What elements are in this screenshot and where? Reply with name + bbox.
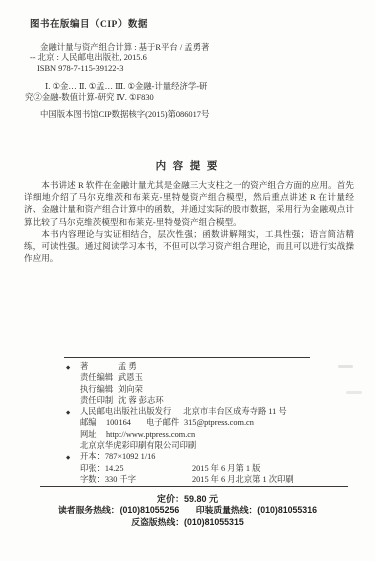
hotline-row-2: 反盗版热线：(010)81055315 bbox=[0, 515, 375, 528]
diamond-bullet-icon: ◆ bbox=[66, 363, 80, 374]
word-count-value: 字数：330 千字 bbox=[80, 474, 192, 485]
colophon-row-words-impression: 字数：330 千字 2015 年 6 月北京第 1 次印刷 bbox=[66, 474, 294, 485]
website-value: http://www.ptpress.com.cn bbox=[106, 429, 195, 440]
cip-title-line: 金融计量与资产组合计算 : 基于R平台 / 孟勇著 bbox=[25, 43, 209, 53]
colophon-row-exec-editor: 执行编辑 刘向荣 bbox=[66, 384, 294, 395]
summary-heading: 内 容 提 要 bbox=[0, 158, 375, 173]
reader-service-hotline: 读者服务热线：(010)81055256 bbox=[58, 505, 179, 515]
colophon-row-print-supervisor: 责任印制 沈 蓉 彭志环 bbox=[66, 395, 294, 406]
printer-name: 北京京华虎彩印刷有限公司印刷 bbox=[80, 440, 196, 451]
author-name: 孟 勇 bbox=[118, 361, 137, 372]
cip-isbn-line: ISBN 978-7-115-39122-3 bbox=[25, 64, 209, 74]
publisher-address: 北京市丰台区成寿寺路 11 号 bbox=[183, 406, 286, 417]
print-supervisor-names: 沈 蓉 彭志环 bbox=[118, 395, 164, 406]
cip-publisher-line: -- 北京 : 人民邮电出版社, 2015.6 bbox=[25, 53, 209, 63]
print-quality-hotline: 印装质量热线：(010)81055316 bbox=[196, 505, 317, 515]
diamond-bullet-icon: ◆ bbox=[66, 408, 80, 419]
cip-classification-line-1: Ⅰ. ①金… Ⅱ. ①孟… Ⅲ. ①金融-计量经济学-研 bbox=[25, 82, 209, 92]
scan-smudge bbox=[346, 391, 362, 394]
editor-name: 武恩玉 bbox=[118, 372, 143, 383]
summary-paragraph-2: 本书内容理论与实证相结合，层次性强；函数讲解翔实，工具性强；语言简洁精练，可读性… bbox=[24, 228, 354, 265]
editor-label: 责任编辑 bbox=[80, 372, 118, 383]
colophon: ◆ 著 孟 勇 责任编辑 武恩玉 执行编辑 刘向荣 责任印制 沈 蓉 彭志环 ◆… bbox=[66, 361, 294, 485]
summary-paragraph-1: 本书讲述 R 软件在金融计量尤其是金融三大支柱之一的资产组合方面的应用。首先详细… bbox=[24, 179, 354, 228]
colophon-row-postcode-email: 邮编 100164 电子邮件 315@ptpress.com.cn bbox=[66, 417, 294, 428]
colophon-row-editor: 责任编辑 武恩玉 bbox=[66, 372, 294, 383]
colophon-row-website: 网址 http://www.ptpress.com.cn bbox=[66, 429, 294, 440]
author-label: 著 bbox=[80, 361, 118, 372]
colophon-row-printer: 北京京华虎彩印刷有限公司印刷 bbox=[66, 440, 294, 451]
book-copyright-page: 图书在版编目（CIP）数据 金融计量与资产组合计算 : 基于R平台 / 孟勇著 … bbox=[0, 0, 375, 561]
cip-record: 金融计量与资产组合计算 : 基于R平台 / 孟勇著 -- 北京 : 人民邮电出版… bbox=[25, 43, 209, 103]
colophon-top-divider bbox=[64, 357, 310, 358]
diamond-bullet-icon: ◆ bbox=[66, 453, 80, 464]
scan-smudge bbox=[338, 365, 353, 368]
sheets-value: 印张：14.25 bbox=[80, 463, 192, 474]
colophon-row-sheets-edition: 印张：14.25 2015 年 6 月第 1 版 bbox=[66, 463, 294, 474]
summary-section: 本书讲述 R 软件在金融计量尤其是金融三大支柱之一的资产组合方面的应用。首先详细… bbox=[24, 179, 354, 264]
cip-header: 图书在版编目（CIP）数据 bbox=[30, 16, 148, 30]
impression-value: 2015 年 6 月北京第 1 次印刷 bbox=[192, 474, 294, 485]
exec-editor-name: 刘向荣 bbox=[118, 384, 143, 395]
footer-divider bbox=[40, 486, 348, 487]
cip-classification-line-2: 究②金融-数值计算-研究 Ⅳ. ①F830 bbox=[25, 93, 209, 103]
publisher-name: 人民邮电出版社出版发行 bbox=[80, 406, 171, 417]
cip-record-number: 中国版本图书馆CIP数据核字(2015)第086017号 bbox=[40, 108, 209, 120]
colophon-row-publisher: ◆ 人民邮电出版社出版发行 北京市丰台区成寿寺路 11 号 bbox=[66, 406, 294, 417]
edition-value: 2015 年 6 月第 1 版 bbox=[192, 463, 260, 474]
format-value: 开本：787×1092 1/16 bbox=[80, 451, 155, 462]
website-label: 网址 bbox=[80, 429, 106, 440]
colophon-row-format: ◆ 开本：787×1092 1/16 bbox=[66, 451, 294, 462]
postcode-label: 邮编 bbox=[80, 417, 106, 428]
email-value: 315@ptpress.com.cn bbox=[184, 417, 254, 428]
email-label: 电子邮件 bbox=[146, 417, 184, 428]
colophon-row-author: ◆ 著 孟 勇 bbox=[66, 361, 294, 372]
print-supervisor-label: 责任印制 bbox=[80, 395, 118, 406]
postcode-value: 100164 bbox=[106, 417, 146, 428]
anti-piracy-hotline: 反盗版热线：(010)81055315 bbox=[131, 517, 243, 527]
exec-editor-label: 执行编辑 bbox=[80, 384, 118, 395]
